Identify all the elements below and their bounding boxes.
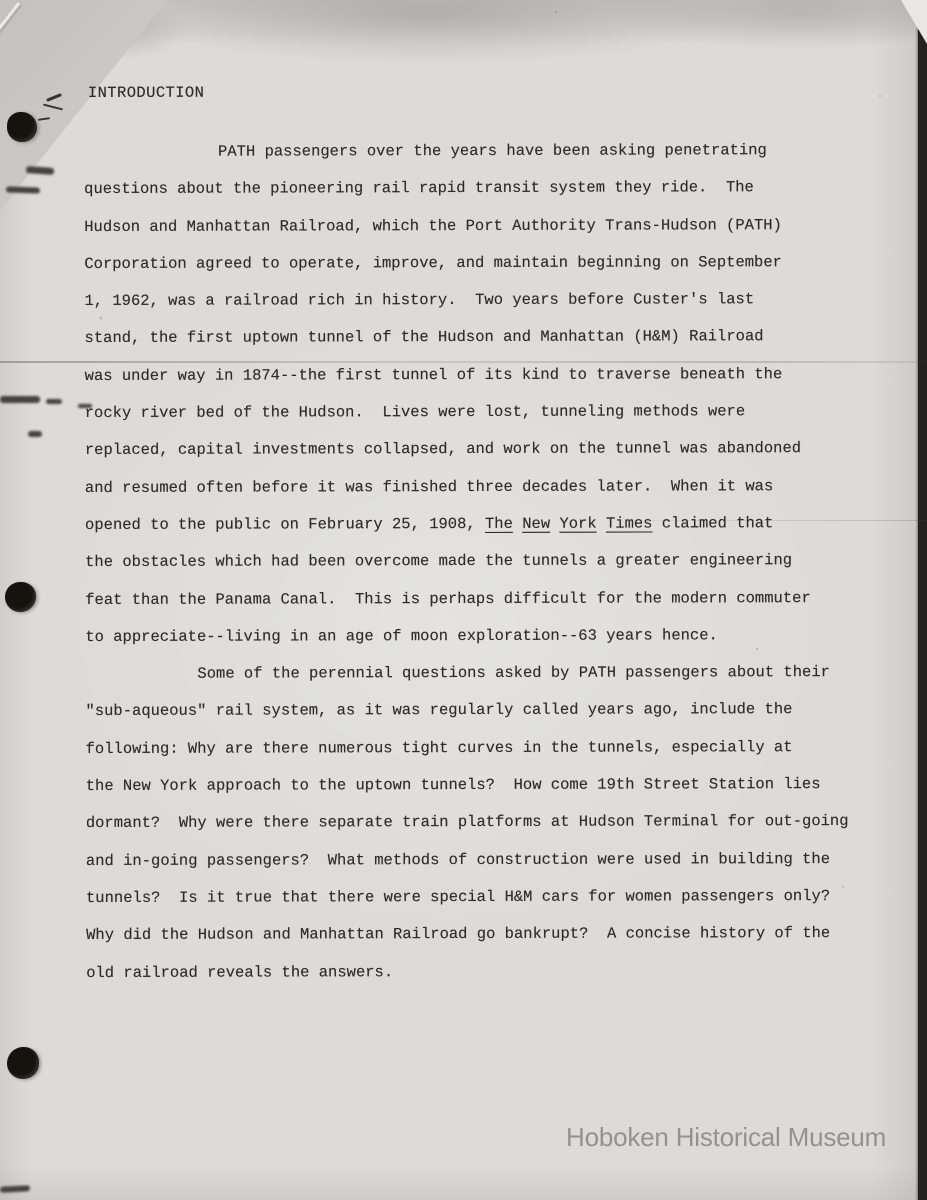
text-line: tunnels? Is it true that there were spec… (86, 878, 886, 917)
paragraph: Some of the perennial questions asked by… (85, 654, 886, 992)
text-line: Why did the Hudson and Manhattan Railroa… (86, 915, 886, 954)
text-line: to appreciate--living in an age of moon … (85, 617, 885, 656)
text-line: PATH passengers over the years have been… (84, 132, 884, 171)
hole-punch-top (7, 112, 37, 142)
text-line: feat than the Panama Canal. This is perh… (85, 579, 885, 618)
text-line: rocky river bed of the Hudson. Lives wer… (85, 393, 885, 432)
text-segment: claimed that (652, 514, 773, 532)
text-line: Corporation agreed to operate, improve, … (84, 244, 884, 283)
text-line: 1, 1962, was a railroad rich in history.… (84, 281, 884, 320)
scanned-page: INTRODUCTION PATH passengers over the ye… (0, 0, 927, 1200)
ink-smudge (0, 396, 40, 403)
text-line: dormant? Why were there separate train p… (86, 803, 886, 842)
hole-punch-middle (5, 582, 36, 612)
text-line: "sub-aqueous" rail system, as it was reg… (85, 691, 885, 730)
underlined-text: The (485, 515, 513, 533)
underlined-text: York (559, 515, 596, 533)
text-line: opened to the public on February 25, 190… (85, 505, 885, 544)
hole-punch-bottom (7, 1047, 39, 1079)
text-line: Hudson and Manhattan Railroad, which the… (84, 206, 884, 245)
text-line: the obstacles which had been overcome ma… (85, 542, 885, 581)
watermark-text: Hoboken Historical Museum (566, 1122, 886, 1153)
scan-edge-right (918, 28, 927, 1200)
text-line: questions about the pioneering rail rapi… (84, 169, 884, 208)
text-line: replaced, capital investments collapsed,… (85, 430, 885, 469)
ink-smudge (0, 1185, 30, 1193)
text-segment (597, 515, 606, 533)
ink-smudge (46, 399, 62, 404)
text-line: old railroad reveals the answers. (86, 952, 886, 991)
text-segment: opened to the public on February 25, 190… (85, 515, 485, 534)
ink-smudge (28, 431, 42, 437)
text-line: Some of the perennial questions asked by… (85, 654, 885, 693)
text-line: the New York approach to the uptown tunn… (86, 766, 886, 805)
text-segment (513, 515, 522, 533)
underlined-text: New (522, 515, 550, 533)
document-heading: INTRODUCTION (88, 84, 204, 102)
ink-smudge (26, 166, 54, 175)
ink-smudge (6, 186, 40, 193)
text-line: and resumed often before it was finished… (85, 468, 885, 507)
paragraph: PATH passengers over the years have been… (84, 132, 885, 656)
text-line: following: Why are there numerous tight … (86, 729, 886, 768)
text-line: and in-going passengers? What methods of… (86, 841, 886, 880)
text-line: stand, the first uptown tunnel of the Hu… (84, 318, 884, 357)
underlined-text: Times (606, 514, 653, 532)
document-body: PATH passengers over the years have been… (84, 132, 886, 992)
text-line: was under way in 1874--the first tunnel … (85, 356, 885, 395)
